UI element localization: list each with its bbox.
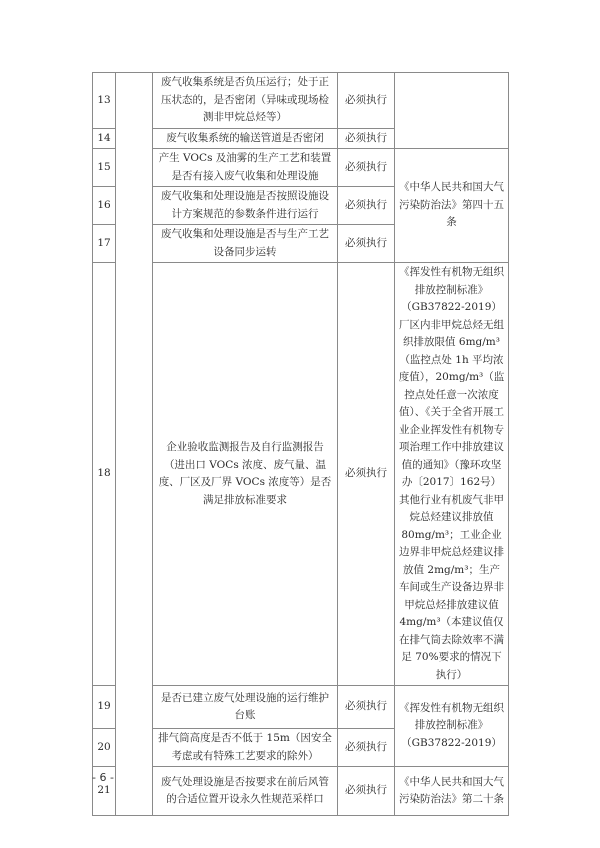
table-row: 15 产生 VOCs 及油雾的生产工艺和装置是否有接入废气收集和处理设施 必须执… xyxy=(93,149,509,187)
table-row: 13 废气收集系统是否负压运行；处于正压状态的，是否密闭（异味或现场检测非甲烷总… xyxy=(93,73,509,129)
row-number: 18 xyxy=(93,263,116,686)
requirement: 必须执行 xyxy=(338,225,395,263)
check-item: 废气收集和处理设施是否按照设施设计方案规范的参数条件进行运行 xyxy=(153,187,338,225)
check-item: 废气收集系统的输送管道是否密闭 xyxy=(153,128,338,149)
check-item: 企业验收监测报告及自行监测报告（进出口 VOCs 浓度、废气量、温度、厂区及厂界… xyxy=(153,263,338,686)
check-item: 废气收集和处理设施是否与生产工艺设备同步运转 xyxy=(153,225,338,263)
requirement: 必须执行 xyxy=(338,686,395,729)
row-number: 15 xyxy=(93,149,116,187)
requirement: 必须执行 xyxy=(338,729,395,767)
requirement: 必须执行 xyxy=(338,149,395,187)
legal-basis xyxy=(395,73,509,149)
requirement: 必须执行 xyxy=(338,767,395,816)
table-row: 18 企业验收监测报告及自行监测报告（进出口 VOCs 浓度、废气量、温度、厂区… xyxy=(93,263,509,686)
legal-basis: 《中华人民共和国大气污染防治法》第四十五条 xyxy=(395,149,509,263)
page-number: - 6 - xyxy=(92,771,114,784)
table-row: 21 废气处理设施是否按要求在前后风管的合适位置开设永久性规范采样口 必须执行 … xyxy=(93,767,509,816)
row-number: 14 xyxy=(93,128,116,149)
row-number: 13 xyxy=(93,73,116,129)
table-row: 19 是否已建立废气处理设施的运行维护台账 必须执行 《挥发性有机物无组织排放控… xyxy=(93,686,509,729)
legal-basis: 《中华人民共和国大气污染防治法》第二十条 xyxy=(395,767,509,816)
check-item: 废气处理设施是否按要求在前后风管的合适位置开设永久性规范采样口 xyxy=(153,767,338,816)
check-item: 排气筒高度是否不低于 15m（因安全考虑或有特殊工艺要求的除外） xyxy=(153,729,338,767)
check-item: 废气收集系统是否负压运行；处于正压状态的，是否密闭（异味或现场检测非甲烷总烃等） xyxy=(153,73,338,129)
row-number: 19 xyxy=(93,686,116,729)
category-cell xyxy=(116,73,153,816)
check-item: 是否已建立废气处理设施的运行维护台账 xyxy=(153,686,338,729)
row-number: 17 xyxy=(93,225,116,263)
requirement: 必须执行 xyxy=(338,263,395,686)
legal-basis: 《挥发性有机物无组织排放控制标准》（GB37822-2019）厂区内非甲烷总烃无… xyxy=(395,263,509,686)
requirement: 必须执行 xyxy=(338,73,395,129)
check-item: 产生 VOCs 及油雾的生产工艺和装置是否有接入废气收集和处理设施 xyxy=(153,149,338,187)
inspection-table: 13 废气收集系统是否负压运行；处于正压状态的，是否密闭（异味或现场检测非甲烷总… xyxy=(92,72,509,816)
requirement: 必须执行 xyxy=(338,187,395,225)
requirement: 必须执行 xyxy=(338,128,395,149)
legal-basis: 《挥发性有机物无组织排放控制标准》（GB37822-2019） xyxy=(395,686,509,767)
row-number: 20 xyxy=(93,729,116,767)
row-number: 16 xyxy=(93,187,116,225)
